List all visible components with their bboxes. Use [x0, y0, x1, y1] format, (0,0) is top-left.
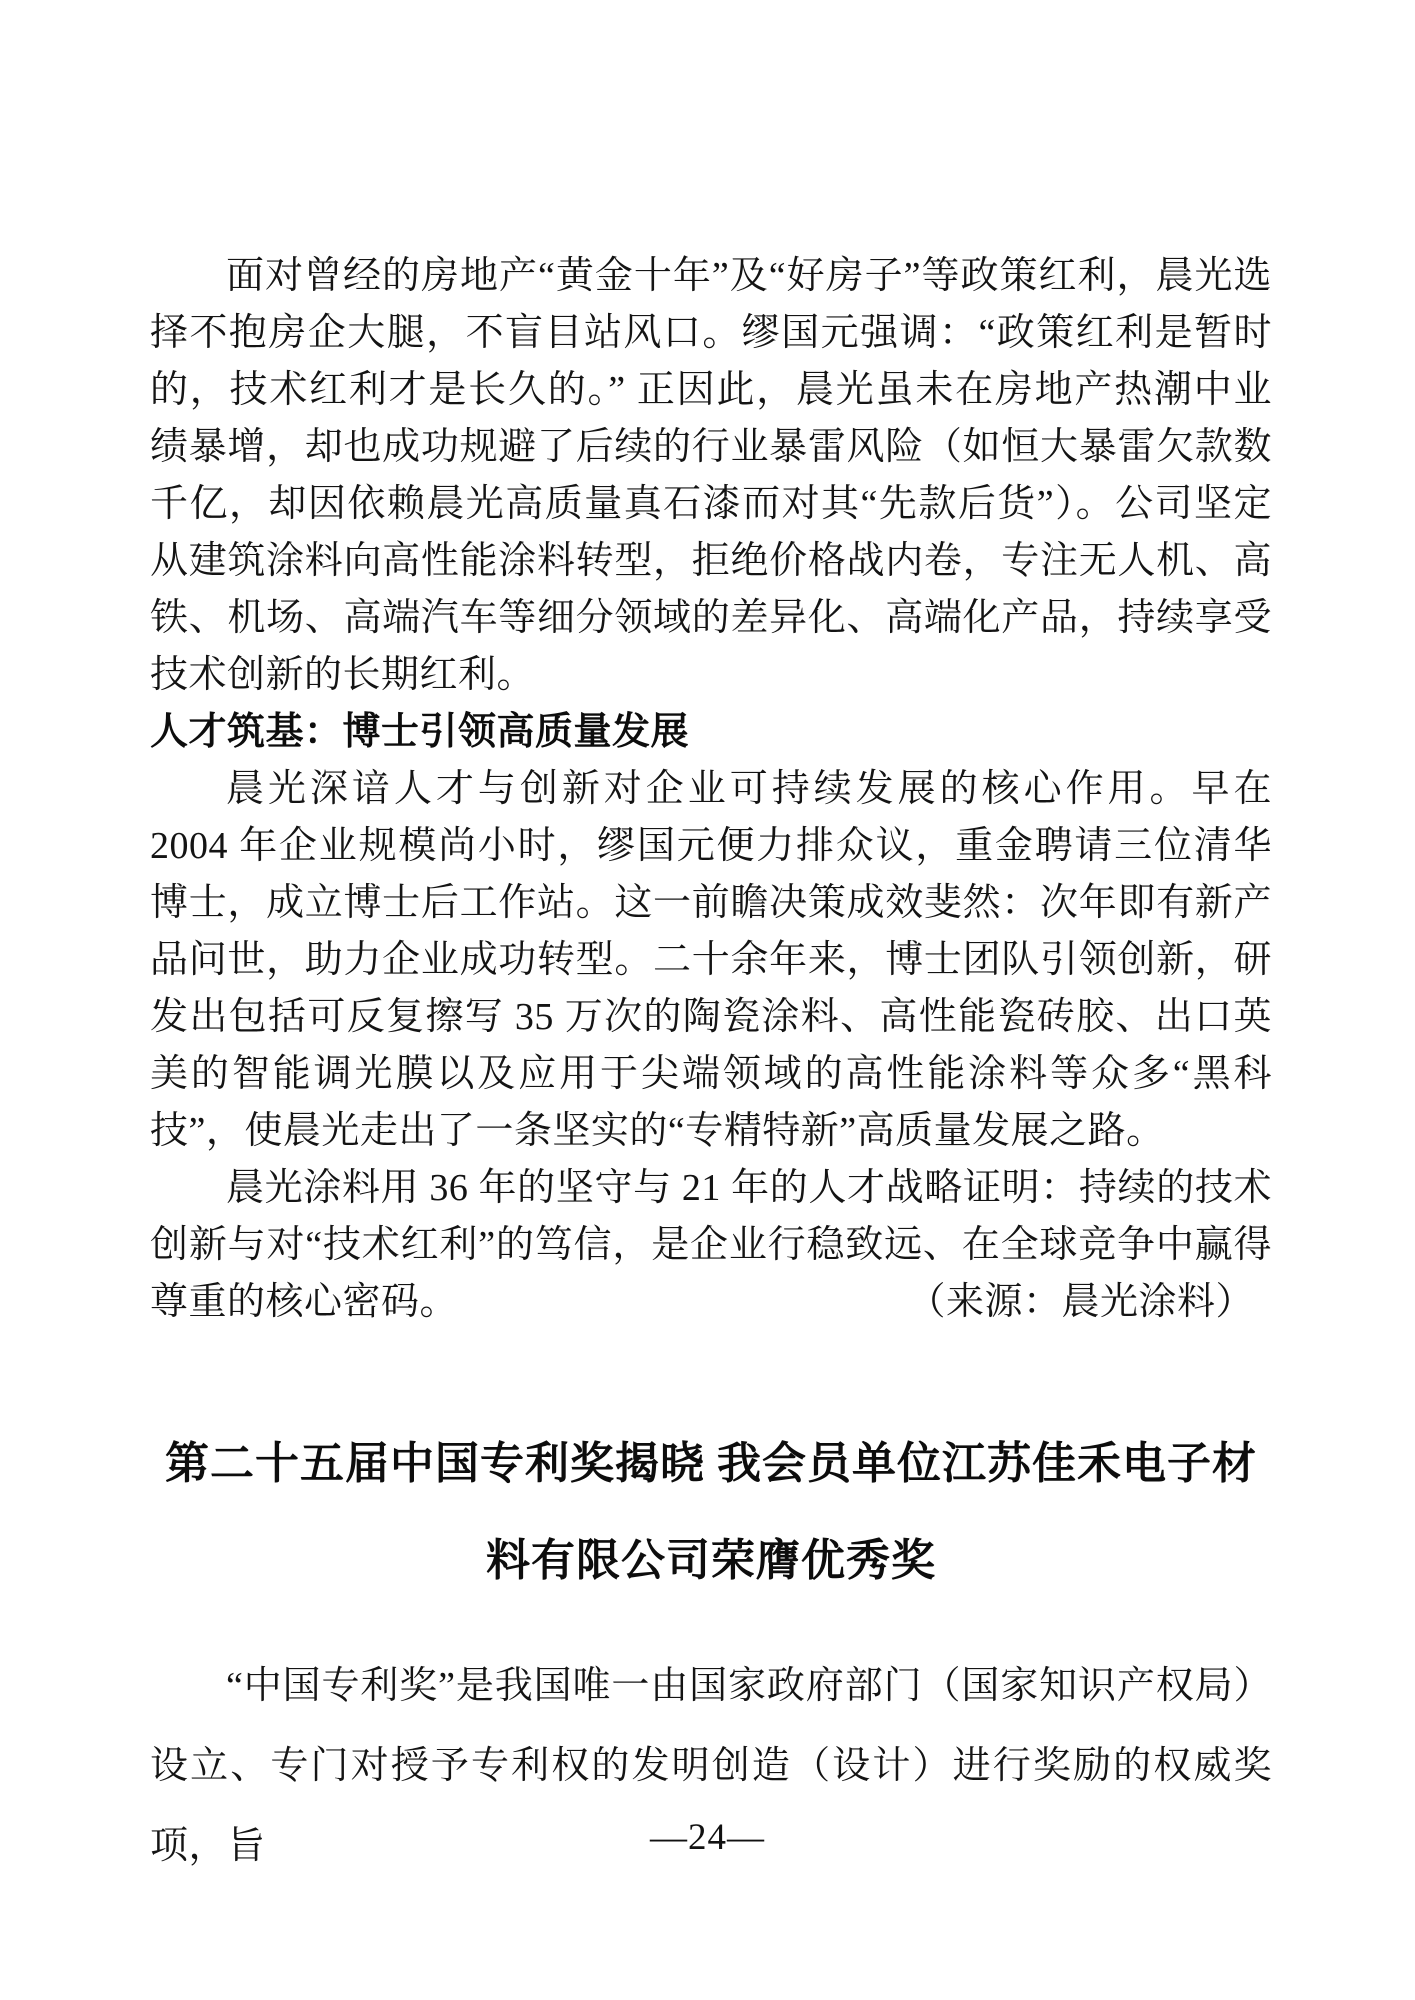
coating-article-paragraph-1: 面对曾经的房地产“黄金十年”及“好房子”等政策红利，晨光选择不抱房企大腿，不盲目… [150, 248, 1272, 704]
patent-article-title-line-1: 第二十五届中国专利奖揭晓 我会员单位江苏佳禾电子材 [150, 1415, 1272, 1512]
patent-article-title: 第二十五届中国专利奖揭晓 我会员单位江苏佳禾电子材 料有限公司荣膺优秀奖 [150, 1415, 1272, 1609]
text-column: 面对曾经的房地产“黄金十年”及“好房子”等政策红利，晨光选择不抱房企大腿，不盲目… [150, 248, 1272, 1886]
coating-article-paragraph-2: 晨光深谙人才与创新对企业可持续发展的核心作用。早在 2004 年企业规模尚小时，… [150, 761, 1272, 1160]
coating-article-subheading-talent: 人才筑基：博士引领高质量发展 [150, 704, 1272, 761]
coating-article-paragraph-3: 晨光涂料用 36 年的坚守与 21 年的人才战略证明：持续的技术创新与对“技术红… [150, 1160, 1272, 1331]
document-page: 面对曾经的房地产“黄金十年”及“好房子”等政策红利，晨光选择不抱房企大腿，不盲目… [0, 0, 1415, 2000]
source-attribution: （来源：晨光涂料） [907, 1274, 1254, 1331]
patent-article-title-line-2: 料有限公司荣膺优秀奖 [150, 1512, 1272, 1609]
page-number: —24— [0, 1816, 1415, 1859]
